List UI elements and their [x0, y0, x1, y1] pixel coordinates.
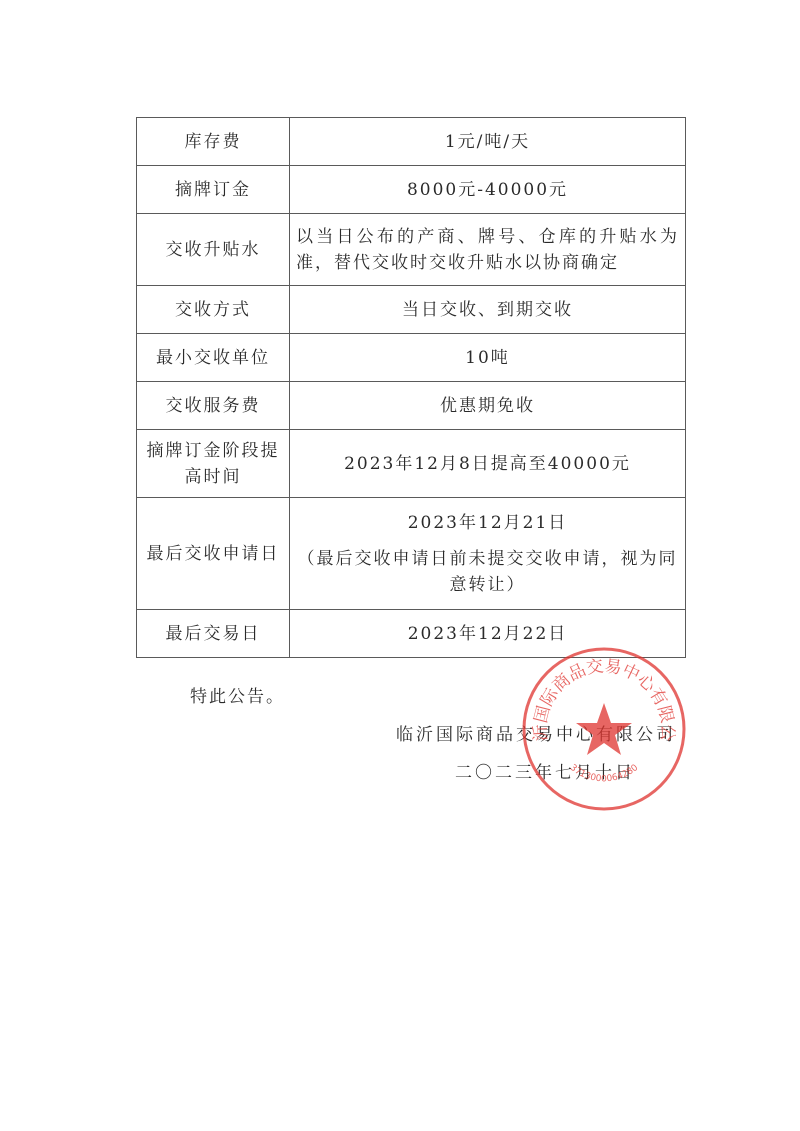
row-value: 10吨 [290, 334, 686, 382]
spec-table: 库存费 1元/吨/天 摘牌订金 8000元-40000元 交收升贴水 以当日公布… [136, 117, 686, 658]
table-row: 交收升贴水 以当日公布的产商、牌号、仓库的升贴水为准，替代交收时交收升贴水以协商… [137, 214, 686, 286]
table-row: 交收服务费 优惠期免收 [137, 382, 686, 430]
table-row: 最后交收申请日 2023年12月21日 （最后交收申请日前未提交交收申请，视为同… [137, 498, 686, 610]
row-label: 交收服务费 [137, 382, 290, 430]
row-value: 1元/吨/天 [290, 118, 686, 166]
row-value: 优惠期免收 [290, 382, 686, 430]
row-value-note: （最后交收申请日前未提交交收申请，视为同意转让） [296, 546, 679, 598]
row-value: 2023年12月8日提高至40000元 [290, 430, 686, 498]
row-value: 当日交收、到期交收 [290, 286, 686, 334]
row-value: 以当日公布的产商、牌号、仓库的升贴水为准，替代交收时交收升贴水以协商确定 [290, 214, 686, 286]
table-row: 最小交收单位 10吨 [137, 334, 686, 382]
table-row: 摘牌订金阶段提高时间 2023年12月8日提高至40000元 [137, 430, 686, 498]
row-label: 最小交收单位 [137, 334, 290, 382]
document-page: 库存费 1元/吨/天 摘牌订金 8000元-40000元 交收升贴水 以当日公布… [0, 0, 800, 1131]
table-row: 交收方式 当日交收、到期交收 [137, 286, 686, 334]
table-row: 摘牌订金 8000元-40000元 [137, 166, 686, 214]
row-value: 2023年12月21日 （最后交收申请日前未提交交收申请，视为同意转让） [290, 498, 686, 610]
row-label: 库存费 [137, 118, 290, 166]
svg-text:3713000064280: 3713000064280 [568, 763, 641, 785]
row-label: 摘牌订金阶段提高时间 [137, 430, 290, 498]
row-label: 交收升贴水 [137, 214, 290, 286]
row-label: 交收方式 [137, 286, 290, 334]
row-label: 最后交收申请日 [137, 498, 290, 610]
table-row: 库存费 1元/吨/天 [137, 118, 686, 166]
row-value: 8000元-40000元 [290, 166, 686, 214]
row-value-date: 2023年12月21日 [296, 510, 679, 536]
row-label: 摘牌订金 [137, 166, 290, 214]
company-seal-icon: 临沂国际商品交易中心有限公司 3713000064280 [520, 645, 688, 813]
row-label: 最后交易日 [137, 610, 290, 658]
notice-text: 特此公告。 [190, 682, 285, 707]
